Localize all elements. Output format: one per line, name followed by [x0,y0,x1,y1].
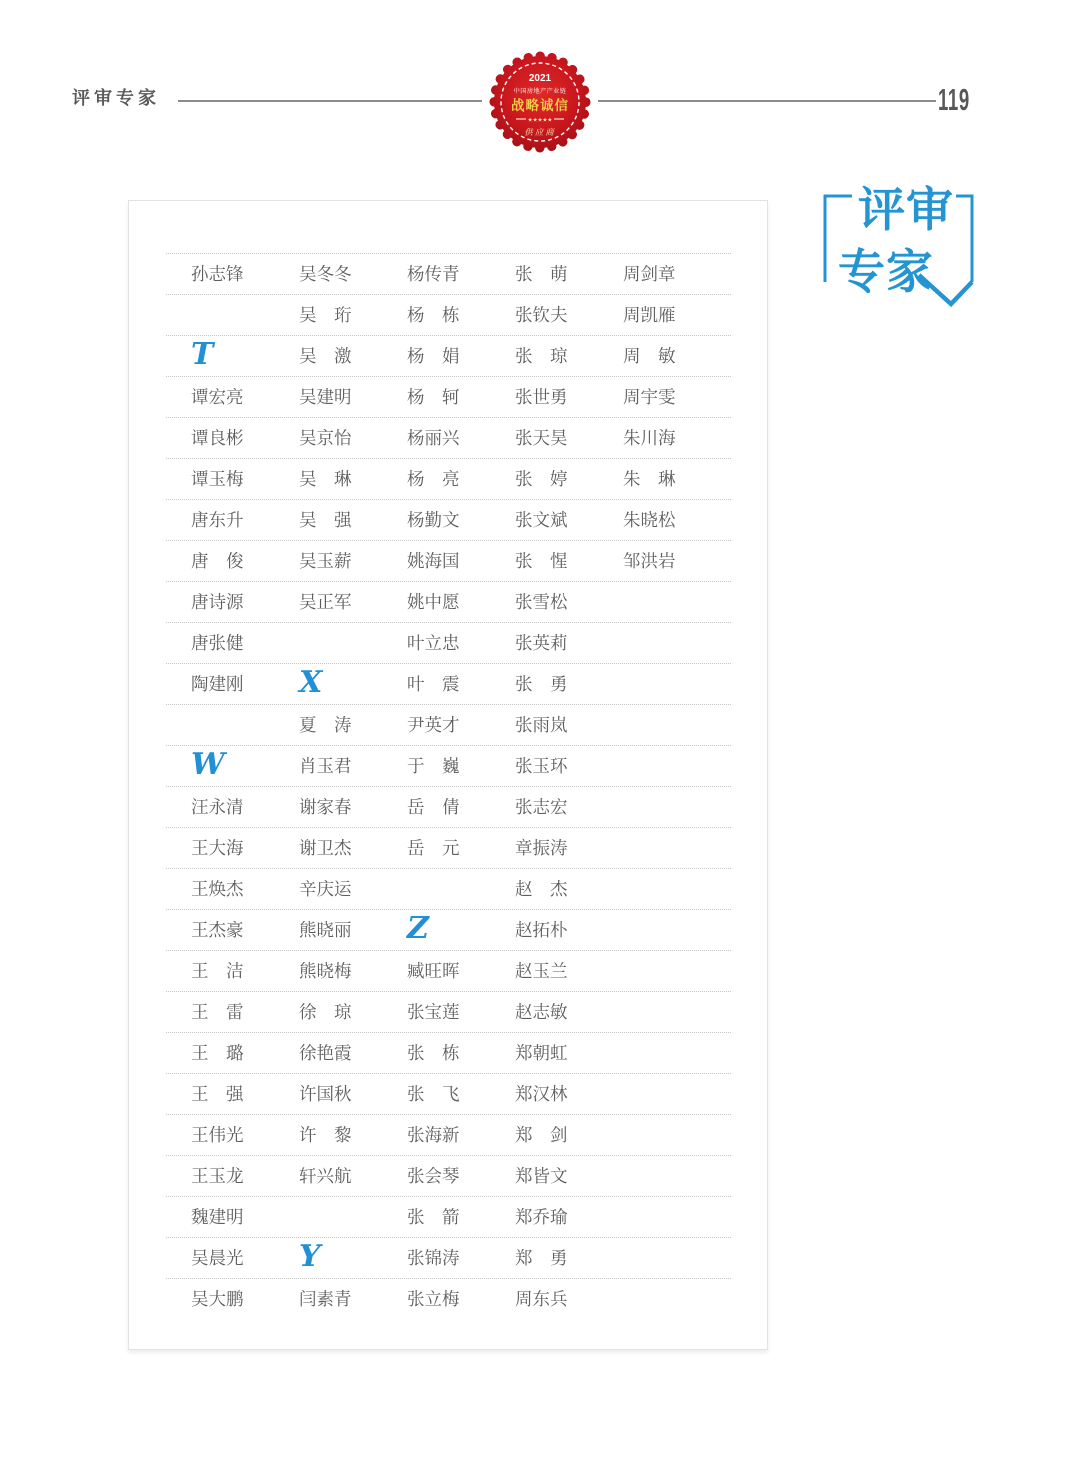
expert-name: 王大海 [191,828,299,869]
expert-name: 吴晨光 [191,1238,299,1279]
expert-name: 郑 勇 [515,1238,623,1279]
expert-name: 朱川海 [623,418,731,459]
empty-cell [623,1033,731,1074]
letter-index: T [191,336,299,377]
table-row: 王 强许国秋张 飞郑汉林 [166,1073,731,1114]
letter-index: X [299,664,407,705]
table-row: 王玉龙轩兴航张会琴郑皆文 [166,1155,731,1196]
expert-name: 朱 琳 [623,459,731,500]
expert-name: 唐 俊 [191,541,299,582]
expert-name: 王玉龙 [191,1156,299,1197]
expert-name: 张文斌 [515,500,623,541]
expert-name: 谢家春 [299,787,407,828]
table-row: T吴 激杨 娟张 琼周 敏 [166,335,731,376]
table-row: 王焕杰辛庆运赵 杰 [166,868,731,909]
expert-name: 张会琴 [407,1156,515,1197]
expert-name: 谭良彬 [191,418,299,459]
expert-name: 赵拓朴 [515,910,623,951]
expert-name: 周宇雯 [623,377,731,418]
table-row: 谭良彬吴京怡杨丽兴张天昊朱川海 [166,417,731,458]
expert-name: 王伟光 [191,1115,299,1156]
expert-name: 张志宏 [515,787,623,828]
empty-cell [623,1279,731,1320]
table-row: 谭宏亮吴建明杨 轲张世勇周宇雯 [166,376,731,417]
expert-name: 郑乔瑜 [515,1197,623,1238]
expert-name: 张钦夫 [515,295,623,336]
expert-name: 张 飞 [407,1074,515,1115]
seal-stars: ★★★★★ [528,117,553,124]
table-row: 吴 珩杨 栋张钦夫周凯雁 [166,294,731,335]
table-row: 吴大鹏闫素青张立梅周东兵 [166,1278,731,1319]
expert-name: 臧旺晖 [407,951,515,992]
content-box: 孙志锋吴冬冬杨传青张 萌周剑章吴 珩杨 栋张钦夫周凯雁T吴 激杨 娟张 琼周 敏… [128,200,768,1350]
expert-name: 吴 强 [299,500,407,541]
expert-name: 张天昊 [515,418,623,459]
expert-name: 吴 珩 [299,295,407,336]
side-label-line1: 评审 [858,186,954,233]
expert-name: 王 强 [191,1074,299,1115]
expert-name: 赵玉兰 [515,951,623,992]
expert-name: 汪永清 [191,787,299,828]
expert-name: 辛庆运 [299,869,407,910]
table-row: 王杰豪熊晓丽Z赵拓朴 [166,909,731,950]
expert-name: 杨 轲 [407,377,515,418]
expert-name: 张 栋 [407,1033,515,1074]
expert-name: 王 洁 [191,951,299,992]
header-rule-right [598,100,936,102]
expert-table: 孙志锋吴冬冬杨传青张 萌周剑章吴 珩杨 栋张钦夫周凯雁T吴 激杨 娟张 琼周 敏… [166,253,731,1319]
table-row: 魏建明张 箭郑乔瑜 [166,1196,731,1237]
empty-cell [623,1156,731,1197]
expert-name: 肖玉君 [299,746,407,787]
expert-name: 赵志敏 [515,992,623,1033]
document-page: 评审专家 119 2021 中国房地产产业链 战略诚信 ★★★★★ 供应 [0,0,1075,1459]
expert-name: 唐东升 [191,500,299,541]
expert-name: 周 敏 [623,336,731,377]
letter-index: W [191,746,299,787]
expert-name: 吴 琳 [299,459,407,500]
expert-name: 周东兵 [515,1279,623,1320]
expert-name: 许国秋 [299,1074,407,1115]
empty-cell [623,869,731,910]
empty-cell [299,1197,407,1238]
seal-line2: 战略诚信 [511,97,569,113]
expert-name: 杨 栋 [407,295,515,336]
empty-cell [191,295,299,336]
empty-cell [299,623,407,664]
table-row: 王 雷徐 琼张宝莲赵志敏 [166,991,731,1032]
expert-name: 周剑章 [623,254,731,295]
expert-name: 张锦涛 [407,1238,515,1279]
expert-name: 姚海国 [407,541,515,582]
table-row: 陶建刚X叶 震张 勇 [166,663,731,704]
expert-name: 张雪松 [515,582,623,623]
expert-name: 张世勇 [515,377,623,418]
expert-name: 陶建刚 [191,664,299,705]
table-row: 唐张健叶立忠张英莉 [166,622,731,663]
expert-name: 唐张健 [191,623,299,664]
expert-name: 杨勤文 [407,500,515,541]
table-row: W肖玉君于 巍张玉环 [166,745,731,786]
expert-name: 谢卫杰 [299,828,407,869]
side-label: 评审 专家 [815,182,985,332]
empty-cell [623,910,731,951]
empty-cell [623,828,731,869]
seal-line1: 中国房地产产业链 [514,87,567,95]
expert-name: 吴京怡 [299,418,407,459]
expert-name: 轩兴航 [299,1156,407,1197]
empty-cell [623,1197,731,1238]
empty-cell [623,1238,731,1279]
expert-name: 张 惺 [515,541,623,582]
seal-year: 2021 [529,73,552,84]
expert-name: 郑 剑 [515,1115,623,1156]
expert-name: 邹洪岩 [623,541,731,582]
expert-name: 熊晓梅 [299,951,407,992]
empty-cell [623,787,731,828]
expert-name: 于 巍 [407,746,515,787]
empty-cell [191,705,299,746]
expert-name: 徐艳霞 [299,1033,407,1074]
expert-name: 张 勇 [515,664,623,705]
table-row: 孙志锋吴冬冬杨传青张 萌周剑章 [166,253,731,294]
empty-cell [623,664,731,705]
expert-name: 张雨岚 [515,705,623,746]
expert-name: 魏建明 [191,1197,299,1238]
expert-name: 吴正军 [299,582,407,623]
expert-name: 吴玉薪 [299,541,407,582]
expert-name: 张玉环 [515,746,623,787]
table-row: 夏 涛尹英才张雨岚 [166,704,731,745]
expert-name: 姚中愿 [407,582,515,623]
table-row: 唐东升吴 强杨勤文张文斌朱晓松 [166,499,731,540]
expert-name: 尹英才 [407,705,515,746]
expert-name: 章振涛 [515,828,623,869]
expert-name: 张立梅 [407,1279,515,1320]
expert-name: 王焕杰 [191,869,299,910]
table-row: 王伟光许 黎张海新郑 剑 [166,1114,731,1155]
expert-name: 徐 琼 [299,992,407,1033]
empty-cell [623,992,731,1033]
page-number: 119 [938,82,974,118]
expert-name: 张 琼 [515,336,623,377]
expert-name: 熊晓丽 [299,910,407,951]
expert-name: 郑皆文 [515,1156,623,1197]
expert-name: 王 璐 [191,1033,299,1074]
expert-name: 岳 元 [407,828,515,869]
expert-name: 许 黎 [299,1115,407,1156]
table-row: 汪永清谢家春岳 倩张志宏 [166,786,731,827]
table-row: 王 洁熊晓梅臧旺晖赵玉兰 [166,950,731,991]
header-rule-left [178,100,482,102]
expert-name: 闫素青 [299,1279,407,1320]
expert-name: 张海新 [407,1115,515,1156]
expert-name: 杨 亮 [407,459,515,500]
empty-cell [623,1115,731,1156]
expert-name: 岳 倩 [407,787,515,828]
table-row: 唐诗源吴正军姚中愿张雪松 [166,581,731,622]
expert-name: 张英莉 [515,623,623,664]
empty-cell [623,582,731,623]
expert-name: 朱晓松 [623,500,731,541]
expert-name: 张 萌 [515,254,623,295]
expert-name: 周凯雁 [623,295,731,336]
expert-name: 吴大鹏 [191,1279,299,1320]
expert-name: 郑朝虹 [515,1033,623,1074]
expert-name: 赵 杰 [515,869,623,910]
expert-name: 谭宏亮 [191,377,299,418]
table-row: 王大海谢卫杰岳 元章振涛 [166,827,731,868]
side-label-line2: 专家 [838,248,934,295]
letter-index: Y [299,1238,407,1279]
table-row: 王 璐徐艳霞张 栋郑朝虹 [166,1032,731,1073]
empty-cell [623,951,731,992]
expert-name: 杨丽兴 [407,418,515,459]
table-row: 吴晨光Y张锦涛郑 勇 [166,1237,731,1278]
header-title: 评审专家 [72,84,160,110]
expert-name: 叶立忠 [407,623,515,664]
expert-name: 夏 涛 [299,705,407,746]
table-row: 谭玉梅吴 琳杨 亮张 婷朱 琳 [166,458,731,499]
expert-name: 吴建明 [299,377,407,418]
empty-cell [623,1074,731,1115]
expert-name: 王 雷 [191,992,299,1033]
expert-name: 郑汉林 [515,1074,623,1115]
empty-cell [623,623,731,664]
empty-cell [407,869,515,910]
empty-cell [623,705,731,746]
expert-name: 杨传青 [407,254,515,295]
expert-name: 谭玉梅 [191,459,299,500]
expert-name: 唐诗源 [191,582,299,623]
table-row: 唐 俊吴玉薪姚海国张 惺邹洪岩 [166,540,731,581]
expert-name: 张宝莲 [407,992,515,1033]
expert-name: 张 箭 [407,1197,515,1238]
expert-name: 王杰豪 [191,910,299,951]
strategic-integrity-seal-icon: 2021 中国房地产产业链 战略诚信 ★★★★★ 供应商 [486,48,594,156]
letter-index: Z [407,910,515,951]
expert-name: 吴冬冬 [299,254,407,295]
expert-name: 吴 激 [299,336,407,377]
expert-name: 叶 震 [407,664,515,705]
empty-cell [623,746,731,787]
expert-name: 杨 娟 [407,336,515,377]
expert-name: 孙志锋 [191,254,299,295]
expert-name: 张 婷 [515,459,623,500]
seal-line3: 供应商 [524,127,556,137]
